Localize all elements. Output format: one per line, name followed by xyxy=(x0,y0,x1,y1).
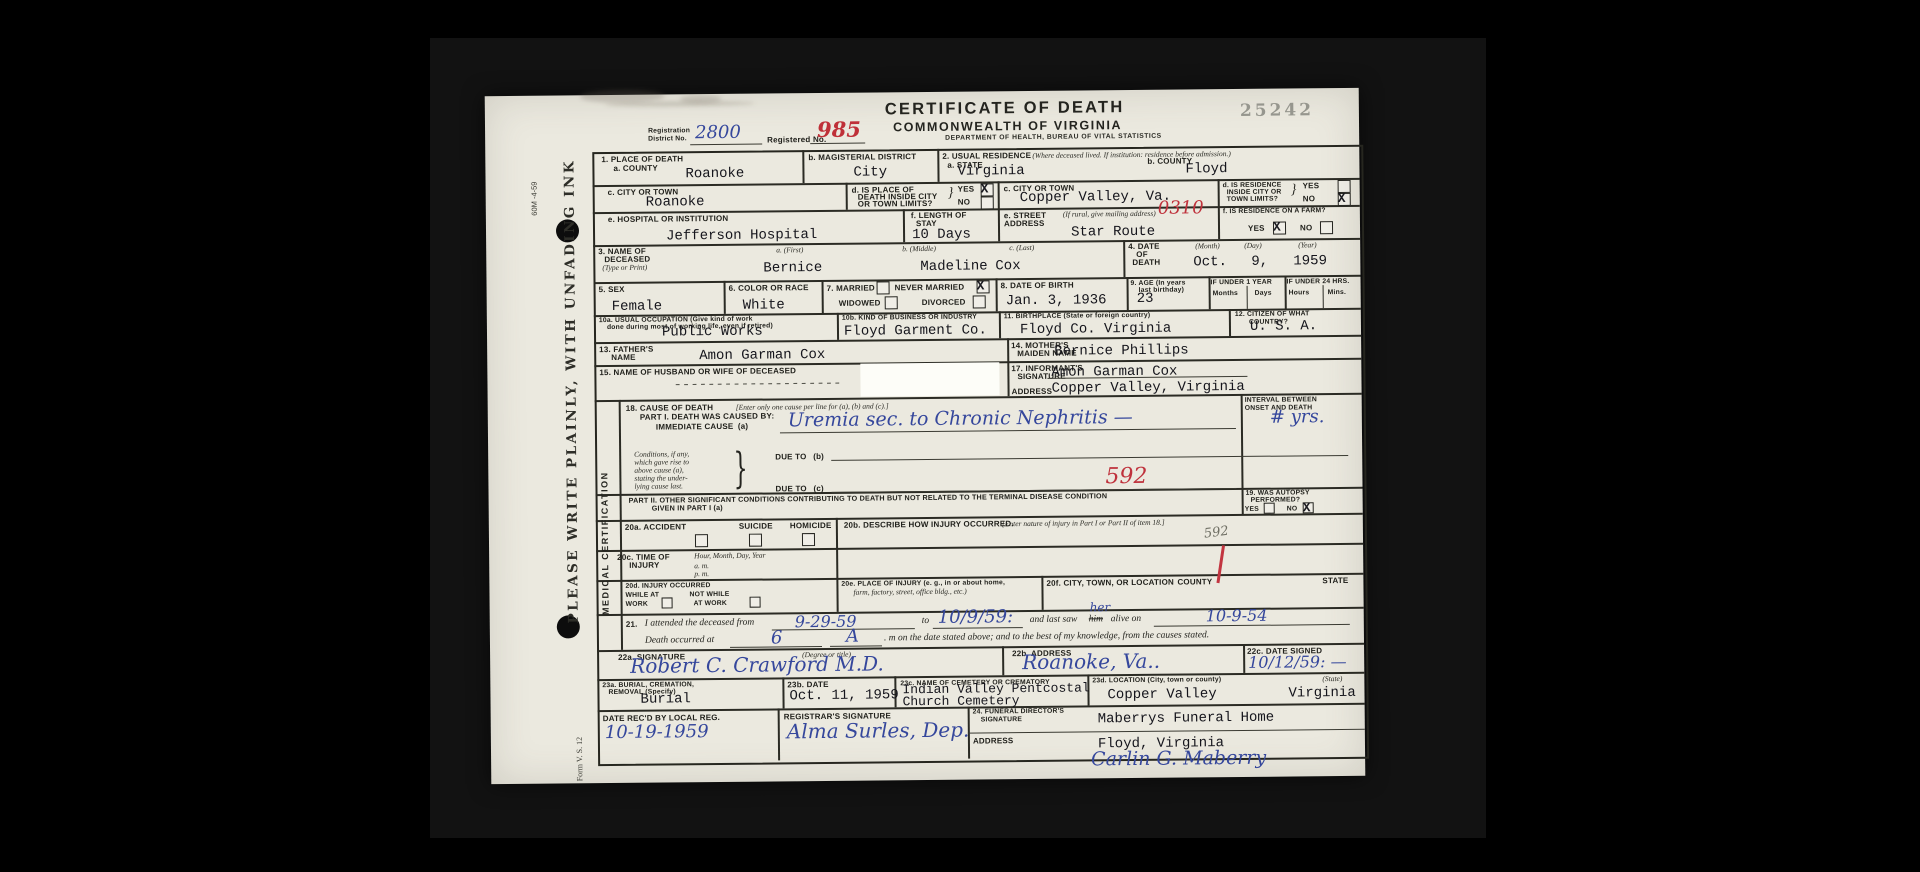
residence-inside-label-3: TOWN LIMITS? xyxy=(1227,196,1278,204)
burial-date-value: Oct. 11, 1959 xyxy=(789,688,898,703)
grid-line xyxy=(1243,644,1245,673)
grid-line xyxy=(782,677,784,708)
brace-glyph: } xyxy=(733,443,747,494)
injury-occurred-label: 20d. INJURY OCCURRED xyxy=(625,582,710,591)
print-code-vertical: 60M -4-59 xyxy=(529,158,539,216)
time-of-injury-note: Hour, Month, Day, Year xyxy=(694,552,765,561)
first-name-value: Bernice xyxy=(763,261,822,276)
death-month-value: Oct. xyxy=(1193,255,1227,269)
type-or-print-note: (Type or Print) xyxy=(602,264,647,273)
checkbox-mark: X xyxy=(1338,191,1346,206)
brace-glyph: } xyxy=(1291,182,1297,198)
due-to-b-letter: (b) xyxy=(813,452,824,461)
no-label: NO xyxy=(1300,223,1312,232)
hours-label: Hours xyxy=(1289,289,1310,297)
funeral-director-signature: Carlin G. Maberry xyxy=(1091,749,1266,770)
funeral-address-label: ADDRESS xyxy=(973,736,1014,746)
due-to-c-letter: (c) xyxy=(813,484,823,493)
no-label: NO xyxy=(958,198,970,207)
grid-line xyxy=(1041,576,1043,610)
her-handwritten-word: her xyxy=(1090,601,1111,613)
divorced-label: DIVORCED xyxy=(922,298,966,308)
day-note: (Day) xyxy=(1244,242,1262,251)
form-number-vertical: Form V. S. 12 xyxy=(575,723,585,781)
middle-name-value: Madeline xyxy=(920,259,987,274)
screenshot-stage: 60M -4-59 PLEASE WRITE PLAINLY, WITH UNF… xyxy=(0,0,1920,872)
grid-line xyxy=(837,313,839,340)
married-label: 7. MARRIED xyxy=(827,283,875,293)
birthplace-value: Floyd Co. Virginia xyxy=(1020,322,1171,337)
sex-value: Female xyxy=(612,300,663,314)
physician-signature: Robert C. Crawford M.D. xyxy=(630,653,884,675)
farm-label: f. IS RESIDENCE ON A FARM? xyxy=(1223,207,1326,216)
while-at-label: WHILE AT xyxy=(625,592,659,600)
magisterial-district-label: b. MAGISTERIAL DISTRICT xyxy=(808,152,916,162)
death-day-value: 9, xyxy=(1251,255,1268,269)
at-work-label: AT WORK xyxy=(694,600,727,608)
attended-to-value: 10/9/59: xyxy=(938,608,1014,627)
yes-label: YES xyxy=(1248,224,1265,233)
cemetery-value-line2: Church Cemetery xyxy=(902,694,1019,708)
checkbox-accident xyxy=(695,534,708,547)
checkbox-mark: X xyxy=(1273,220,1281,235)
red-code-592: 592 xyxy=(1105,466,1147,488)
grid-line xyxy=(821,280,823,313)
last-name-note: c. (Last) xyxy=(1009,244,1034,253)
checkbox-while-at-work xyxy=(662,597,673,608)
grid-line xyxy=(937,149,939,182)
residence-county-value: Floyd xyxy=(1185,162,1227,176)
grid-line xyxy=(1323,285,1324,308)
no-label: NO xyxy=(1287,505,1298,513)
checkbox-suicide xyxy=(749,534,762,547)
checkbox-never-married: X xyxy=(977,280,990,293)
age-value: 23 xyxy=(1137,292,1154,306)
him-struck-word: him xyxy=(1089,614,1103,626)
birthplace-label: 11. BIRTHPLACE (State or foreign country… xyxy=(1004,312,1150,321)
grid-line xyxy=(724,281,726,314)
last-saw-printed-2: alive on xyxy=(1111,614,1141,626)
middle-name-note: b. (Middle) xyxy=(902,245,936,254)
never-married-label: NEVER MARRIED xyxy=(895,283,965,293)
grid-line xyxy=(995,278,997,311)
checkbox-farm-no xyxy=(1320,221,1333,234)
street-address-label-2: ADDRESS xyxy=(1004,219,1045,229)
date-of-birth-label: 8. DATE OF BIRTH xyxy=(1001,281,1074,291)
date-of-death-label-3: DEATH xyxy=(1132,258,1160,267)
county-value: Roanoke xyxy=(685,167,744,182)
citizen-value: U. S. A. xyxy=(1250,319,1317,334)
checkbox-farm-yes: X xyxy=(1273,222,1286,235)
grid-line xyxy=(999,311,1001,338)
to-printed-word: to xyxy=(922,616,929,627)
state-header-label: STATE xyxy=(1322,576,1348,585)
registrar-signature-value: Alma Surles, Dep. xyxy=(787,720,970,742)
funeral-director-label-2: SIGNATURE xyxy=(981,716,1022,724)
under-24-hrs-label: IF UNDER 24 HRS. xyxy=(1287,278,1350,286)
not-while-label: NOT WHILE xyxy=(689,591,729,599)
days-label: Days xyxy=(1255,290,1272,298)
medical-certification-vertical: MEDICAL CERTIFICATION xyxy=(599,430,611,615)
pm-label: p. m. xyxy=(694,570,709,579)
hospital-value: Jefferson Hospital xyxy=(666,228,817,243)
immediate-cause-label: IMMEDIATE CAUSE xyxy=(656,422,734,432)
usual-residence-label: 2. USUAL RESIDENCE xyxy=(942,151,1031,161)
death-certificate-document: 60M -4-59 PLEASE WRITE PLAINLY, WITH UNF… xyxy=(485,88,1366,784)
paper-stain xyxy=(605,101,755,107)
checkbox-mark: X xyxy=(976,278,984,293)
grid-line xyxy=(802,150,804,183)
residence-code-handwritten: 0310 xyxy=(1158,199,1204,217)
registration-district-value: 2800 xyxy=(695,124,741,142)
state-value: Virginia xyxy=(957,164,1024,179)
checkbox-not-while-at-work xyxy=(750,597,761,608)
immediate-cause-a: (a) xyxy=(738,422,748,431)
no-label: NO xyxy=(1303,194,1315,203)
part1-label: PART I. DEATH WAS CAUSED BY: xyxy=(640,411,775,421)
brace-glyph: } xyxy=(948,186,954,202)
physician-address-value: Roanoke, Va.. xyxy=(1022,651,1160,672)
city-or-town-value: Roanoke xyxy=(646,195,705,210)
department-line: DEPARTMENT OF HEALTH, BUREAU OF VITAL ST… xyxy=(945,133,1162,142)
month-note: (Month) xyxy=(1195,242,1220,251)
work-label: WORK xyxy=(626,601,648,609)
date-received-value: 10-19-1959 xyxy=(605,723,709,742)
date-signed-value: 10/12/59: — xyxy=(1248,654,1346,671)
widowed-label: WIDOWED xyxy=(839,298,881,308)
correction-whiteout-box xyxy=(860,362,999,396)
describe-injury-label: 20b. DESCRIBE HOW INJURY OCCURRED. xyxy=(844,519,1014,530)
burial-value: Burial xyxy=(640,692,691,706)
husband-wife-value: -------------------- xyxy=(673,377,841,393)
county-header-label: COUNTY xyxy=(1177,577,1212,587)
city-town-location-label: 20f. CITY, TOWN, OR LOCATION xyxy=(1046,578,1174,588)
death-ampm-value: A xyxy=(846,628,859,646)
street-address-value: Star Route xyxy=(1071,225,1155,240)
yes-label: YES xyxy=(1245,506,1259,514)
checkbox-mark: X xyxy=(1303,500,1311,515)
last-saw-printed-1: and last saw xyxy=(1030,615,1078,627)
due-to-b-label: DUE TO xyxy=(775,452,806,461)
sex-label: 5. SEX xyxy=(599,285,625,294)
homicide-label: HOMICIDE xyxy=(790,521,832,531)
checkbox-residence-inside-no: X xyxy=(1338,193,1351,206)
death-year-value: 1959 xyxy=(1293,254,1327,268)
informant-address-value: Copper Valley, Virginia xyxy=(1051,380,1244,396)
registration-label-1: Registration xyxy=(648,127,690,135)
place-of-injury-label-2: farm, factory, street, office bldg., etc… xyxy=(853,588,966,598)
conditions-note-5: lying cause last. xyxy=(634,482,683,491)
checkbox-autopsy-yes xyxy=(1264,503,1275,514)
date-of-birth-value: Jan. 3, 1936 xyxy=(1006,293,1107,308)
location-state-note: (State) xyxy=(1322,675,1342,684)
year-note: (Year) xyxy=(1298,241,1317,250)
certificate-title: CERTIFICATE OF DEATH xyxy=(885,98,1125,119)
yes-label: YES xyxy=(1303,181,1320,190)
describe-injury-note: [Enter nature of injury in Part I or Par… xyxy=(1002,518,1165,528)
blank-line xyxy=(690,144,762,146)
informant-address-label: ADDRESS xyxy=(1012,387,1053,397)
length-of-stay-value: 10 Days xyxy=(912,228,971,243)
checkbox-divorced xyxy=(973,295,986,308)
checkbox-widowed xyxy=(885,296,898,309)
item-21-number: 21. xyxy=(626,620,638,629)
magisterial-district-value: City xyxy=(853,165,887,179)
autopsy-label-2: PERFORMED? xyxy=(1251,496,1301,504)
last-saw-value: 10-9-54 xyxy=(1206,608,1268,625)
commonwealth-subtitle: COMMONWEALTH OF VIRGINIA xyxy=(893,118,1122,134)
fathers-name-label-2: NAME xyxy=(611,353,635,362)
months-label: Months xyxy=(1213,290,1238,298)
grid-line xyxy=(1126,277,1128,310)
time-of-injury-label-2: INJURY xyxy=(629,561,659,570)
business-value: Floyd Garment Co. xyxy=(844,323,987,338)
checkbox-death-inside-yes: X xyxy=(981,183,994,196)
hospital-label: e. HOSPITAL OR INSTITUTION xyxy=(608,214,729,224)
business-label: 10b. KIND OF BUSINESS OR INDUSTRY xyxy=(842,313,977,322)
grid-line xyxy=(1123,240,1125,277)
under-1-year-label: IF UNDER 1 YEAR xyxy=(1211,279,1272,287)
registered-no-value: 985 xyxy=(817,117,861,142)
mins-label: Mins. xyxy=(1328,289,1346,297)
due-to-c-label: DUE TO xyxy=(775,484,806,493)
immediate-cause-handwritten: Uremia sec. to Chronic Nephritis — xyxy=(788,408,1133,430)
location-value: Copper Valley xyxy=(1107,687,1216,702)
first-name-note: a. (First) xyxy=(776,246,803,255)
checkbox-death-inside-no xyxy=(981,196,994,209)
inside-limits-label-3: OR TOWN LIMITS? xyxy=(858,199,933,209)
grid-line xyxy=(1229,309,1231,336)
county-label: a. COUNTY xyxy=(613,164,658,174)
attended-printed-text: I attended the deceased from xyxy=(645,618,754,630)
interval-handwritten: # yrs. xyxy=(1270,408,1325,427)
color-or-race-value: White xyxy=(743,298,785,312)
checkbox-married xyxy=(877,281,890,294)
street-address-note: (If rural, give mailing address) xyxy=(1063,210,1156,220)
death-hour-value: 6 xyxy=(771,629,783,647)
death-occurred-printed-1: Death occurred at xyxy=(645,635,714,647)
checkbox-mark: X xyxy=(981,181,989,196)
grid-line xyxy=(1247,286,1248,309)
yes-label: YES xyxy=(958,185,975,194)
left-margin-notice: PLEASE WRITE PLAINLY, WITH UNFADING INK xyxy=(562,205,582,623)
accident-label: 20a. ACCIDENT xyxy=(625,522,687,532)
funeral-director-label-1: 24. FUNERAL DIRECTOR'S xyxy=(973,708,1065,717)
certificate-number-stamp: 25242 xyxy=(1240,100,1314,121)
checkbox-autopsy-no: X xyxy=(1303,502,1314,513)
blank-line xyxy=(810,143,865,145)
fathers-name-value: Amon Garman Cox xyxy=(699,348,825,363)
last-name-value: Cox xyxy=(995,259,1020,273)
funeral-home-value: Maberrys Funeral Home xyxy=(1098,711,1275,727)
suicide-label: SUICIDE xyxy=(739,521,773,531)
registration-label-2: District No. xyxy=(648,135,687,143)
grid-line xyxy=(1002,646,1004,675)
occupation-value: Public Works xyxy=(662,325,763,340)
residence-city-value: Copper Valley, Va. xyxy=(1020,190,1171,205)
grid-line xyxy=(846,183,848,210)
checkbox-homicide xyxy=(802,533,815,546)
pencil-code-592: 592 xyxy=(1203,525,1229,541)
location-state-value: Virginia xyxy=(1288,686,1355,701)
part2-label-2: GIVEN IN PART I (a) xyxy=(652,504,723,513)
color-or-race-label: 6. COLOR OR RACE xyxy=(729,283,809,293)
location-label: 23d. LOCATION (City, town or county) xyxy=(1092,676,1221,685)
grid-line xyxy=(903,209,905,242)
mothers-name-value: Bernice Phillips xyxy=(1054,343,1189,358)
